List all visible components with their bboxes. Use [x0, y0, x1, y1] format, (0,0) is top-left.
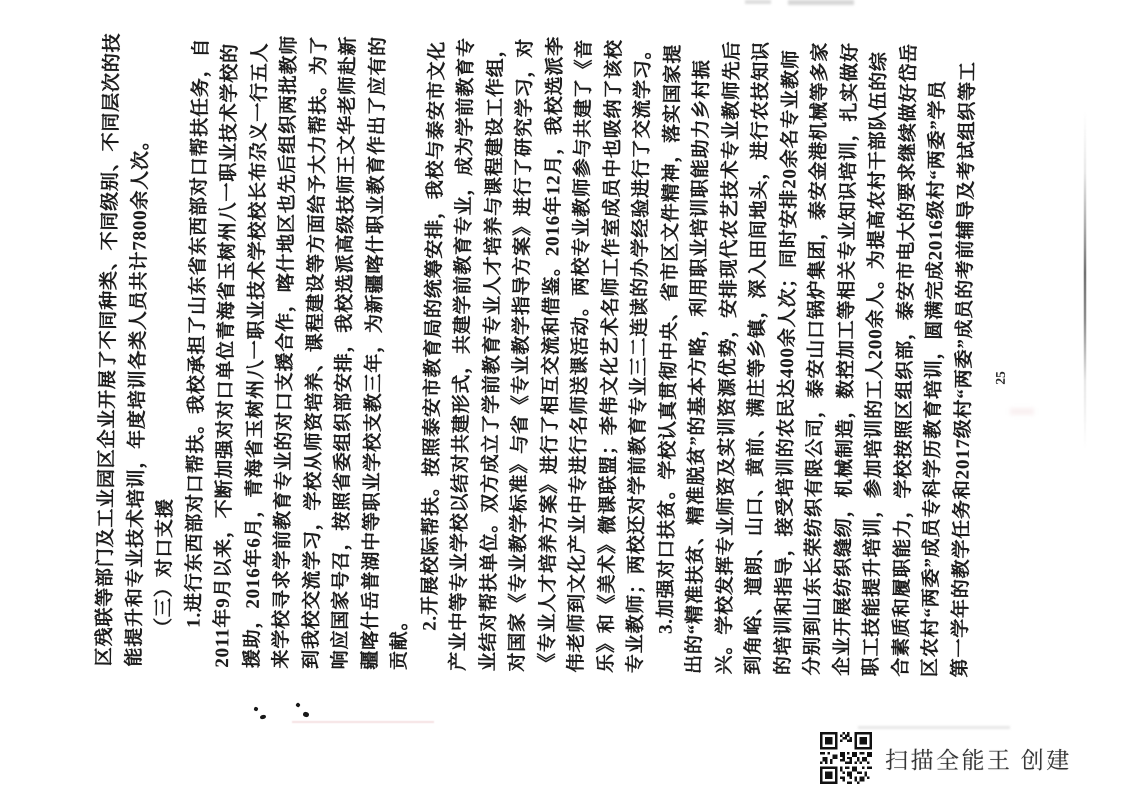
scan-smudge: [745, 0, 771, 4]
rotated-text-block: 区残联等部门及工业园区企业开展了不同种类、不同级别、不同层次的技能提升和专业技术…: [90, 66, 1043, 678]
qr-code-icon: [820, 732, 872, 784]
paper-edge-line: [1084, 112, 1086, 448]
scan-smudge: [858, 726, 1010, 729]
scan-smudge: [788, 0, 854, 5]
scanned-document-page: 区残联等部门及工业园区企业开展了不同种类、不同级别、不同层次的技能提升和专业技术…: [0, 0, 1123, 793]
ink-speck: [260, 714, 267, 719]
scanner-watermark: 扫描全能王 创建: [820, 732, 1072, 784]
page-number: 25: [989, 78, 1013, 678]
watermark-label: 扫描全能王 创建: [885, 742, 1072, 775]
document-body-text: 区残联等部门及工业园区企业开展了不同种类、不同级别、不同层次的技能提升和专业技术…: [90, 66, 983, 678]
ink-speck: [253, 706, 258, 711]
ink-speck: [303, 712, 310, 718]
scan-smudge: [292, 721, 434, 723]
ink-speck: [295, 702, 301, 708]
